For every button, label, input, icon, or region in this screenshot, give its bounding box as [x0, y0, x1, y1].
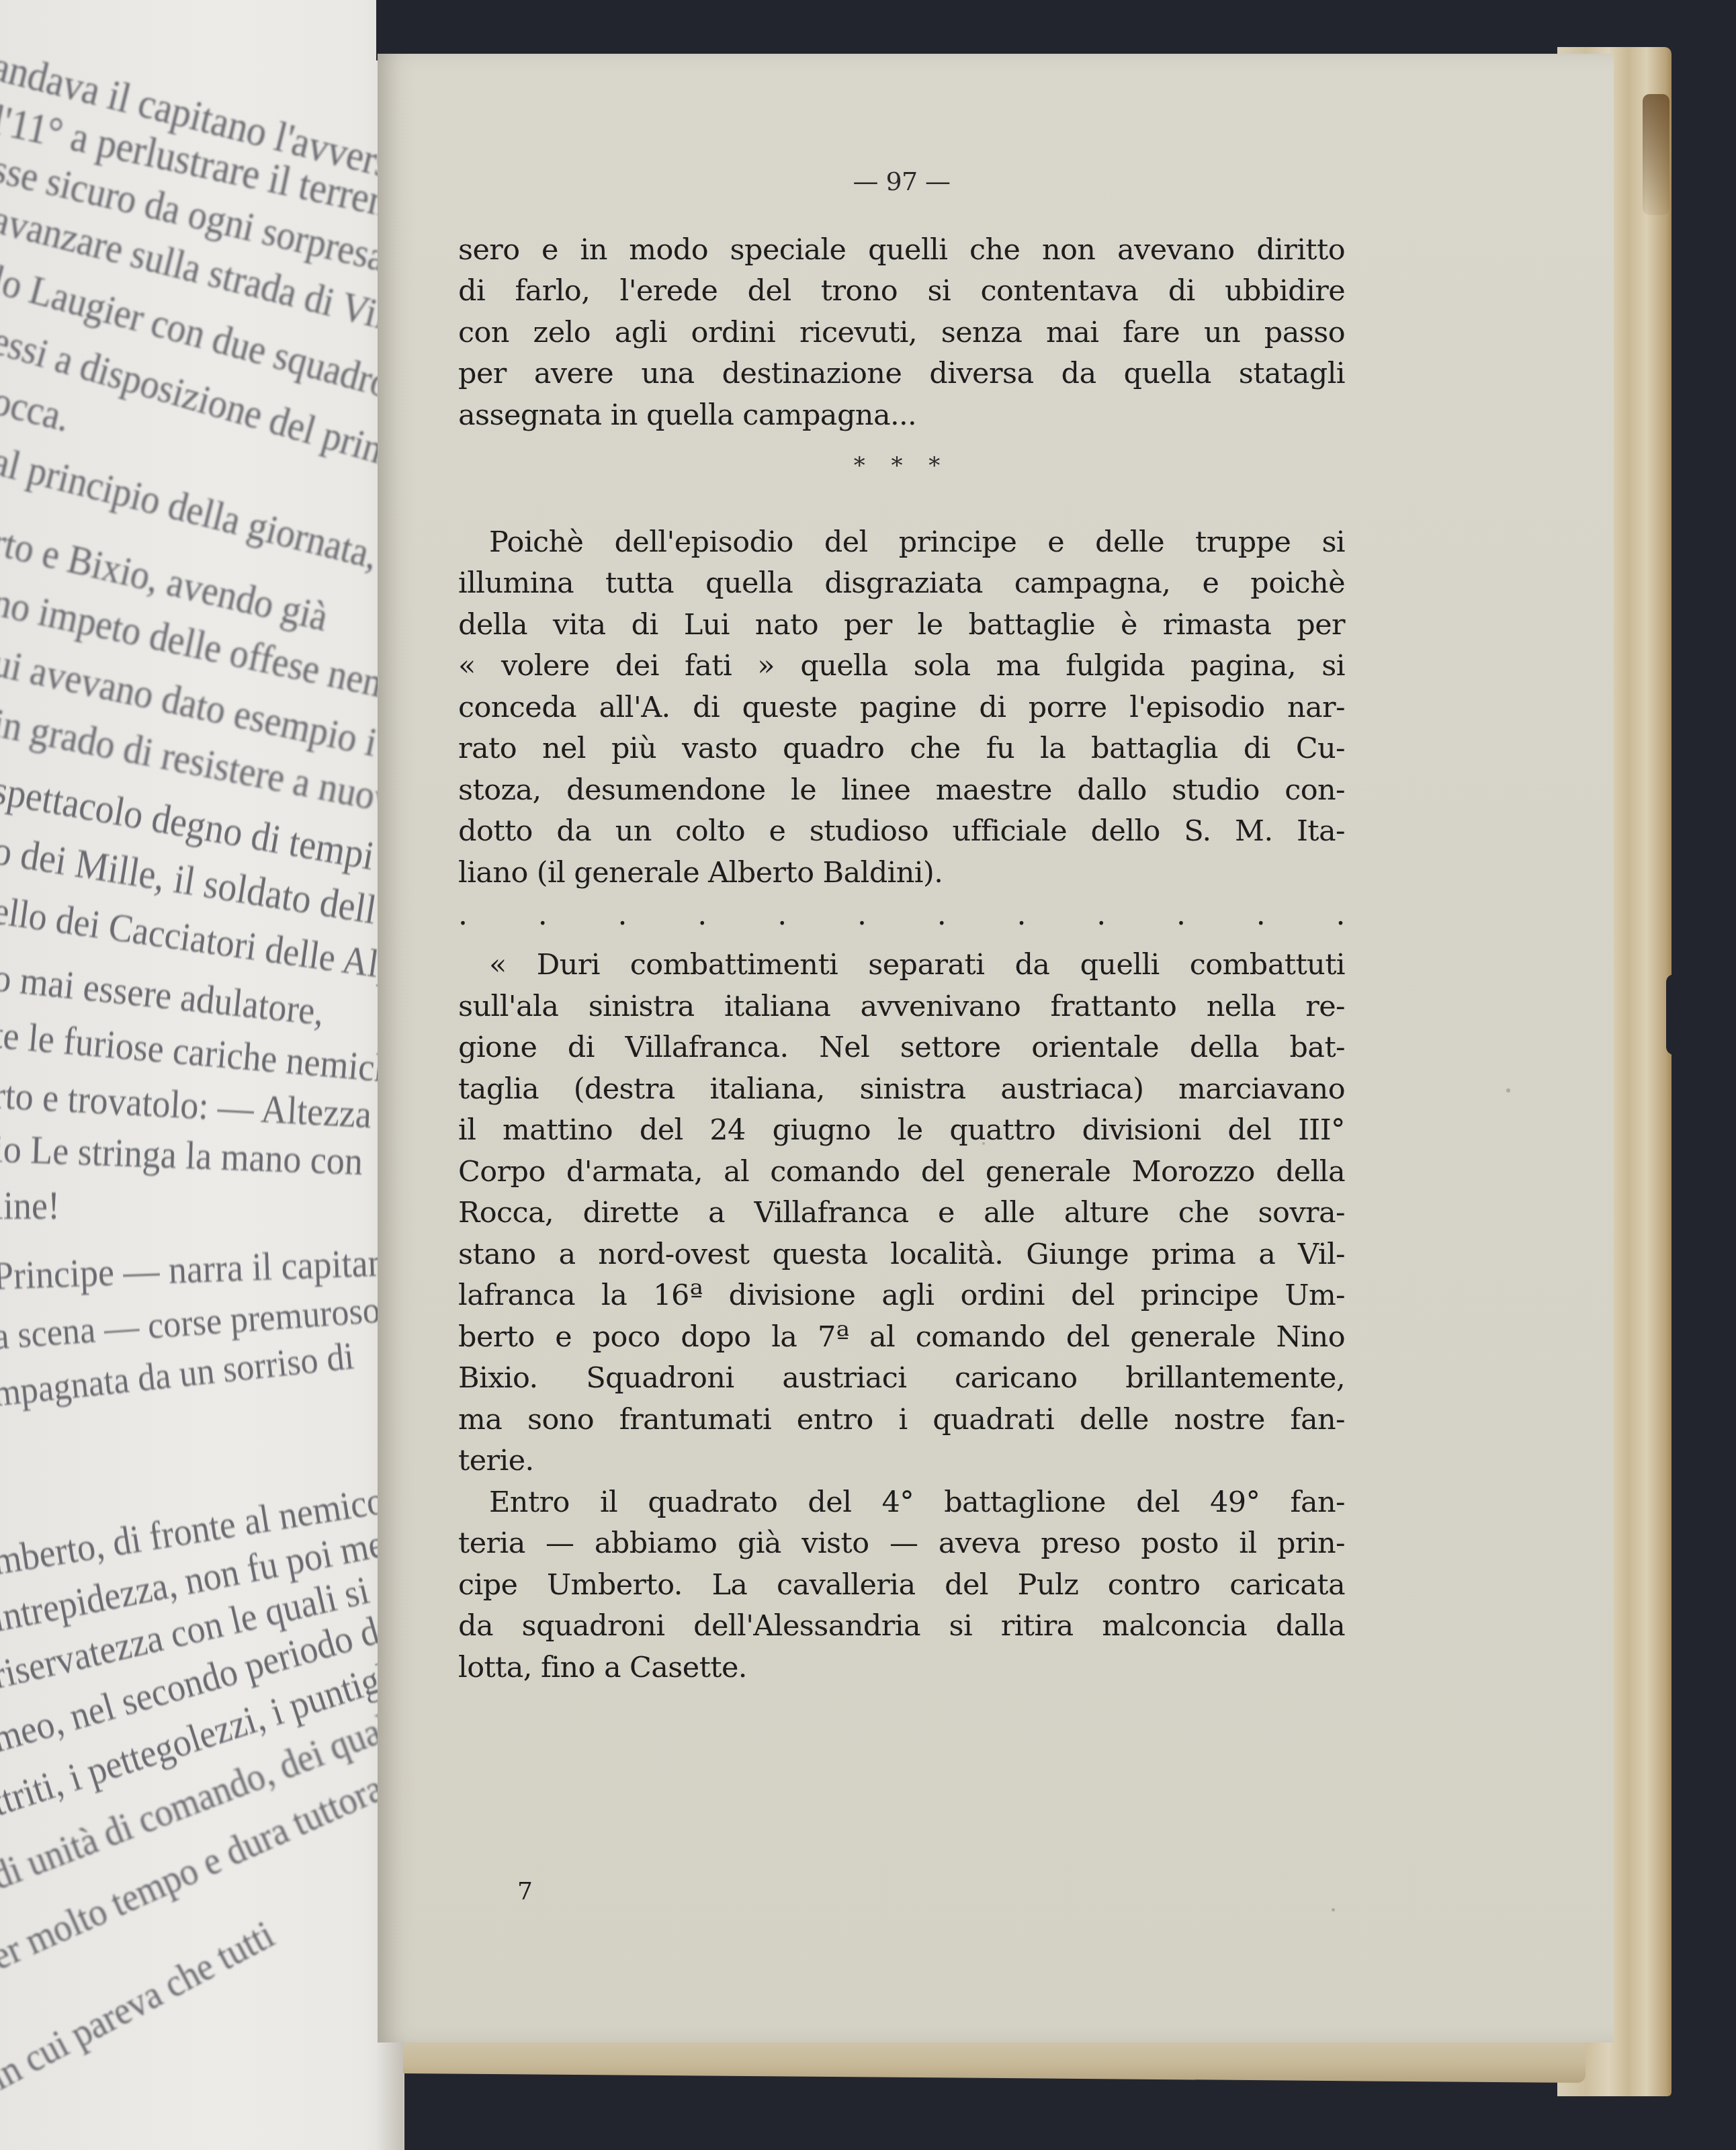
- ellipsis-dot: .: [1176, 902, 1185, 929]
- ellipsis-dot: .: [1336, 902, 1345, 929]
- text-line: Poichè dell'episodio del principe e dell…: [458, 522, 1345, 564]
- text-line: da squadroni dell'Alessandria si ritira …: [458, 1606, 1345, 1647]
- text-line: Entro il quadrato del 4° battaglione del…: [458, 1482, 1345, 1524]
- quotation-paragraph: « Duri combattimenti separati da quelli …: [458, 945, 1345, 1482]
- text-line: stoza, desumendone le linee maestre dall…: [458, 770, 1345, 812]
- book-photo: andava il capitano l'avversario così les…: [0, 0, 1736, 2150]
- text-line: ma sono frantumati entro i quadrati dell…: [458, 1400, 1345, 1441]
- text-line: della vita di Lui nato per le battaglie …: [458, 605, 1345, 646]
- text-line: « Duri combattimenti separati da quelli …: [458, 945, 1345, 986]
- left-page-text: andava il capitano l'avversario così les…: [0, 0, 404, 2150]
- paragraph-context: Poichè dell'episodio del principe e dell…: [458, 522, 1345, 894]
- opening-paragraph: sero e in modo speciale quelli che non a…: [458, 230, 1345, 437]
- ellipsis-dot: .: [1096, 902, 1105, 929]
- ellipsis-dot: .: [1256, 902, 1265, 929]
- left-page-line: occa.: [0, 377, 75, 442]
- ellipsis-dot: .: [777, 902, 786, 929]
- text-line: cipe Umberto. La cavalleria del Pulz con…: [458, 1565, 1345, 1606]
- signature-mark: 7: [517, 1878, 533, 1905]
- text-line: « volere dei fati » quella sola ma fulgi…: [458, 646, 1345, 687]
- text-line: illumina tutta quella disgraziata campag…: [458, 563, 1345, 605]
- bottom-page-edges: [403, 2036, 1586, 2083]
- page-body: — 97 — sero e in modo speciale quelli ch…: [458, 161, 1345, 1688]
- ellipsis-dot: .: [1016, 902, 1025, 929]
- edge-stain: [1643, 94, 1669, 215]
- ellipsis-dot: .: [937, 902, 946, 929]
- left-page: andava il capitano l'avversario così les…: [0, 0, 404, 2150]
- text-line: rato nel più vasto quadro che fu la batt…: [458, 728, 1345, 770]
- ellipsis-dot: .: [618, 902, 627, 929]
- background-corner: [376, 0, 417, 60]
- text-line: assegnata in quella campagna...: [458, 395, 1345, 437]
- edge-notch: [1666, 974, 1681, 1055]
- left-page-line: line!: [0, 1182, 60, 1229]
- ellipsis-dot: .: [697, 902, 706, 929]
- text-line: gione di Villafranca. Nel settore orient…: [458, 1027, 1345, 1069]
- text-line: conceda all'A. di queste pagine di porre…: [458, 687, 1345, 729]
- text-line: sull'ala sinistra italiana avvenivano fr…: [458, 986, 1345, 1028]
- text-line: per avere una destinazione diversa da qu…: [458, 353, 1345, 395]
- section-separator: * * *: [458, 445, 1345, 487]
- final-paragraph: Entro il quadrato del 4° battaglione del…: [458, 1482, 1345, 1689]
- text-line: lotta, fino a Casette.: [458, 1647, 1345, 1689]
- text-line: Bixio. Squadroni austriaci caricano bril…: [458, 1358, 1345, 1400]
- ellipsis-dot: .: [538, 902, 547, 929]
- ellipsis-dot: .: [458, 902, 467, 929]
- text-line: con zelo agli ordini ricevuti, senza mai…: [458, 312, 1345, 354]
- text-line: berto e poco dopo la 7ª al comando del g…: [458, 1317, 1345, 1359]
- text-line: dotto da un colto e studioso ufficiale d…: [458, 811, 1345, 853]
- text-line: lafranca la 16ª divisione agli ordini de…: [458, 1275, 1345, 1317]
- text-line: stano a nord-ovest questa località. Giun…: [458, 1234, 1345, 1276]
- ellipsis-dot-row: ............: [458, 902, 1345, 929]
- text-line: di farlo, l'erede del trono si contentav…: [458, 271, 1345, 312]
- text-line: sero e in modo speciale quelli che non a…: [458, 230, 1345, 271]
- text-line: Corpo d'armata, al comando del generale …: [458, 1152, 1345, 1193]
- text-line: Rocca, dirette a Villafranca e alle altu…: [458, 1193, 1345, 1234]
- ellipsis-dot: .: [857, 902, 866, 929]
- text-line: liano (il generale Alberto Baldini).: [458, 853, 1345, 894]
- text-line: il mattino del 24 giugno le quattro divi…: [458, 1110, 1345, 1152]
- page-number: — 97 —: [458, 161, 1345, 203]
- text-line: terie.: [458, 1440, 1345, 1482]
- text-line: taglia (destra italiana, sinistra austri…: [458, 1069, 1345, 1111]
- text-line: teria — abbiamo già visto — aveva preso …: [458, 1523, 1345, 1565]
